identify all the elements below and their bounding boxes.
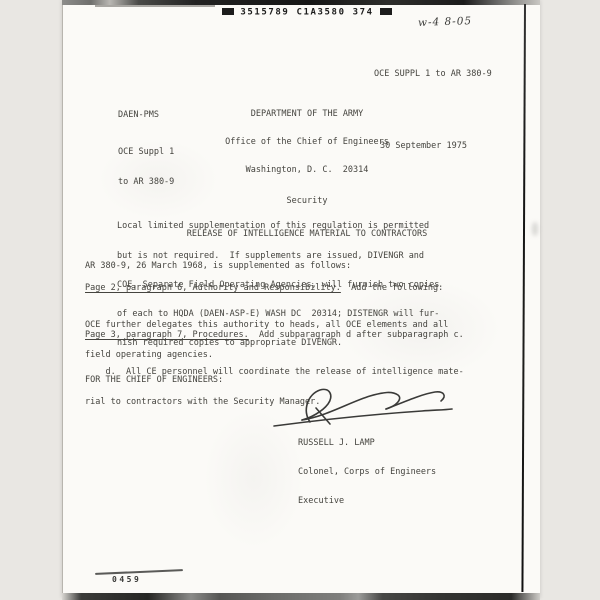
signer-name: RUSSELL J. LAMP — [298, 439, 436, 449]
handwritten-note: w-4 8-05 — [418, 17, 472, 29]
supplement-statement: AR 380-9, 26 March 1968, is supplemented… — [85, 262, 351, 272]
heading-page3-rest: Add subparagraph d after subparagraph c. — [249, 330, 464, 340]
heading-page2: Page 2, paragraph 6, Authority and Respo… — [85, 284, 443, 294]
signature-block: RUSSELL J. LAMP Colonel, Corps of Engine… — [298, 419, 436, 527]
document-content: 3515789 C1A3580 374 w-4 8-05 OCE SUPPL 1… — [0, 0, 600, 600]
stamp-block-right-icon — [380, 8, 392, 15]
paragraph-1-line: Local limited supplementation of this re… — [117, 222, 439, 232]
stamp-block-left-icon — [222, 8, 234, 15]
reference-line: OCE SUPPL 1 to AR 380-9 — [374, 70, 492, 80]
heading-page3-underlined: Page 3, paragraph 7, Procedures. — [85, 330, 249, 340]
heading-page3: Page 3, paragraph 7, Procedures. Add sub… — [85, 331, 464, 341]
control-number-text: 3515789 C1A3580 374 — [240, 8, 373, 18]
signer-title: Colonel, Corps of Engineers — [298, 468, 436, 478]
paragraph-1-line: but is not required. If supplements are … — [117, 252, 439, 262]
document-date: 30 September 1975 — [380, 142, 467, 152]
heading-page2-rest: Add the following: — [341, 283, 443, 293]
office-symbol: DAEN-PMS — [118, 111, 159, 121]
heading-page2-underlined: Page 2, paragraph 6, Authority and Respo… — [85, 283, 341, 293]
page-number-stamp: 0459 — [112, 575, 141, 585]
closing-line: FOR THE CHIEF OF ENGINEERS: — [85, 376, 223, 386]
pen-mark — [95, 569, 183, 574]
signer-role: Executive — [298, 497, 436, 507]
supplement-id-line1: OCE Suppl 1 — [118, 148, 174, 158]
scanned-document: 3515789 C1A3580 374 w-4 8-05 OCE SUPPL 1… — [0, 0, 600, 600]
